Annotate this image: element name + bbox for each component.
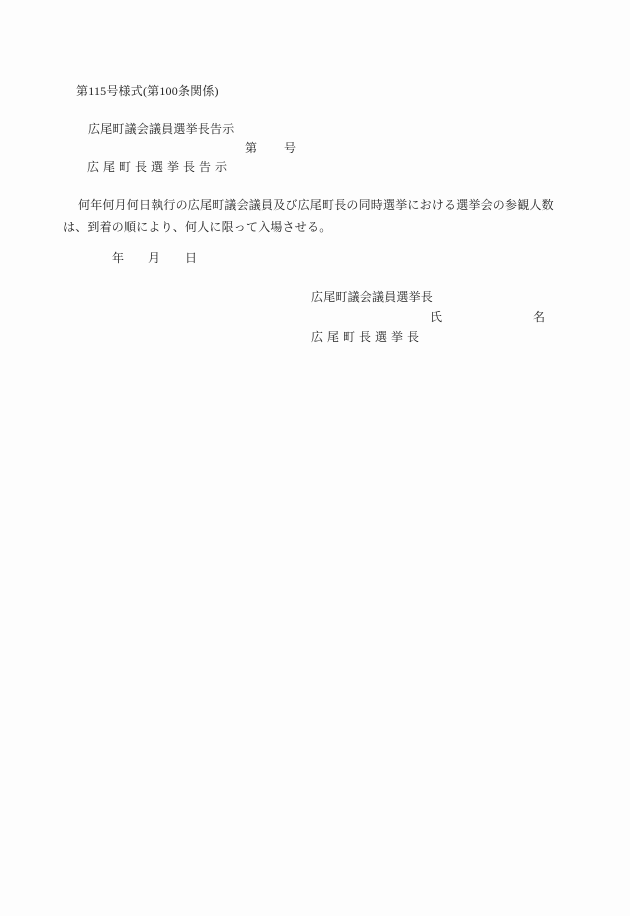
notice-number-prefix: 第 (245, 142, 257, 155)
mayor-notice-title: 広 尾 町 長 選 挙 長 告 示 (87, 161, 228, 174)
document-page: 第115号様式(第100条関係) 広尾町議会議員選挙長告示 第 号 広 尾 町 … (0, 0, 630, 916)
signature-council-chair-title: 広尾町議会議員選挙長 (311, 291, 433, 304)
body-line-2: は、到着の順により、何人に限って入場させる。 (63, 221, 331, 234)
signature-name-family-label: 氏 (430, 311, 442, 324)
date-year-label: 年 (112, 252, 124, 265)
council-notice-title: 広尾町議会議員選挙長告示 (88, 123, 234, 136)
form-number-line: 第115号様式(第100条関係) (76, 85, 219, 98)
date-day-label: 日 (185, 252, 197, 265)
date-month-label: 月 (148, 252, 160, 265)
signature-mayor-chair-title: 広 尾 町 長 選 挙 長 (311, 331, 420, 344)
notice-number-suffix: 号 (284, 142, 296, 155)
signature-name-given-label: 名 (533, 311, 545, 324)
body-line-1: 何年何月何日執行の広尾町議会議員及び広尾町長の同時選挙における選挙会の参観人数 (78, 199, 554, 212)
